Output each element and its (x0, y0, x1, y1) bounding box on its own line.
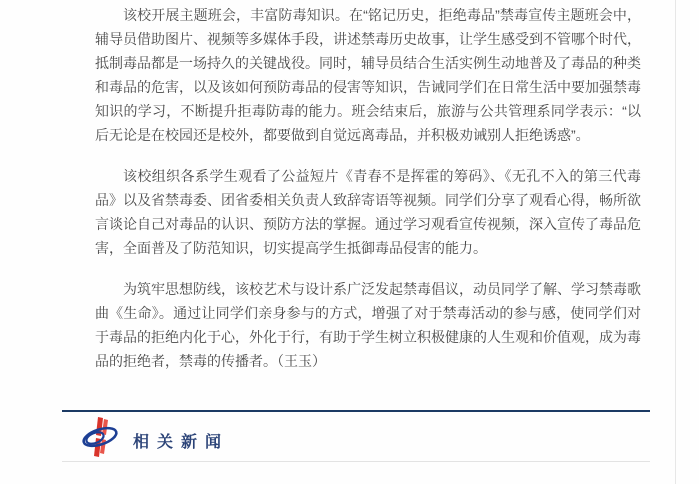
content-right-border (675, 0, 676, 484)
article-paragraph: 该校组织各系学生观看了公益短片《青春不是挥霍的筹码》、《无孔不入的第三代毒品》以… (95, 164, 641, 260)
article-paragraph: 该校开展主题班会，丰富防毒知识。在“铭记历史，拒绝毒品”禁毒宣传主题班会中，辅导… (95, 3, 641, 147)
related-news-top-divider (62, 410, 650, 412)
related-news-bottom-divider (62, 461, 650, 462)
article-paragraph: 为筑牢思想防线，该校艺术与设计系广泛发起禁毒倡议，动员同学了解、学习禁毒歌曲《生… (95, 277, 641, 373)
article-page: 该校开展主题班会，丰富防毒知识。在“铭记历史，拒绝毒品”禁毒宣传主题班会中，辅导… (0, 0, 699, 484)
article-body: 该校开展主题班会，丰富防毒知识。在“铭记历史，拒绝毒品”禁毒宣传主题班会中，辅导… (95, 3, 641, 390)
site-logo-icon (81, 416, 121, 458)
related-news-heading: 相关新闻 (133, 429, 229, 452)
